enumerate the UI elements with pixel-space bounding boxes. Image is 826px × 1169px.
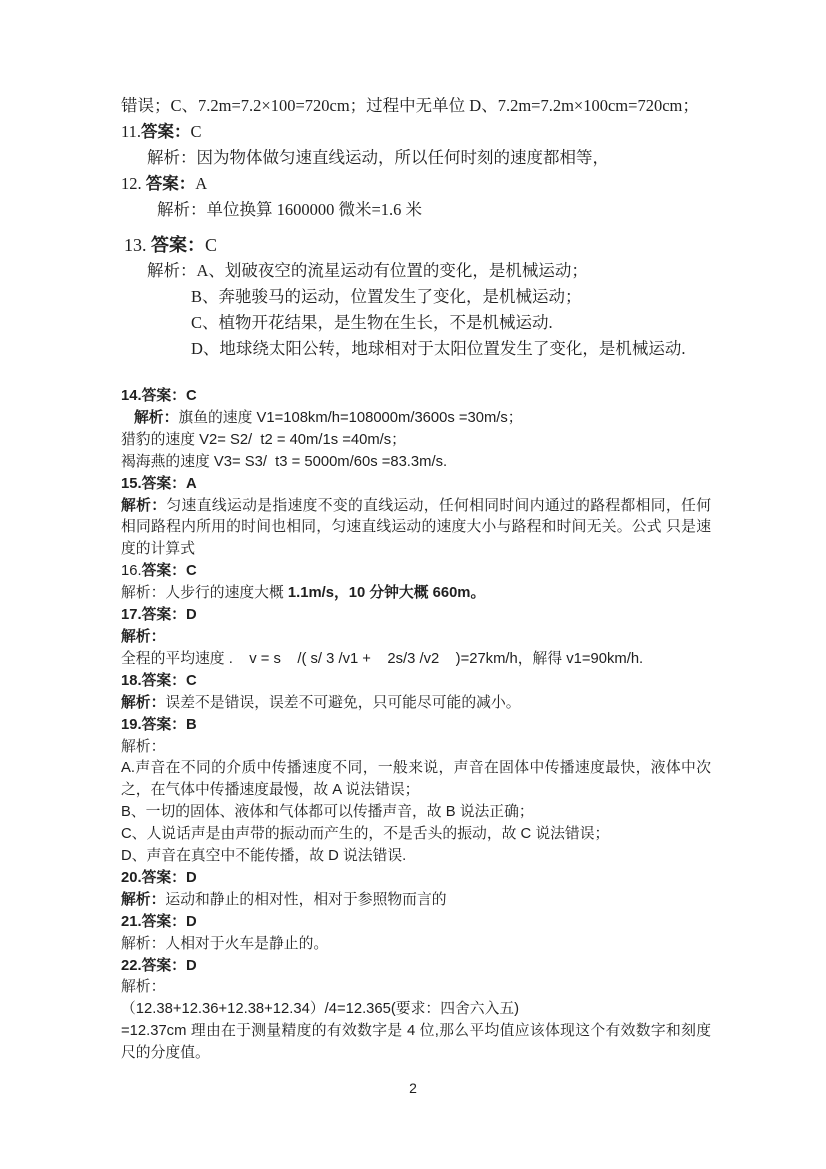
doc-line: 22.答案：D [121, 956, 711, 978]
text-run: =12.37cm 理由在于测量精度的有效数字是 4 位,那么平均值应该体现这个有… [121, 1023, 711, 1061]
doc-line: C、植物开花结果，是生物在生长，不是机械运动. [121, 310, 711, 336]
text-run: A.声音在不同的介质中传播速度不同，一般来说，声音在固体中传播速度最快，液体中次… [121, 760, 711, 798]
text-run: B、一切的固体、液体和气体都可以传播声音，故 B 说法正确； [121, 804, 534, 820]
text-run: 褐海燕的速度 V3= S3/ t3 = 5000m/60s =83.3m/s. [121, 454, 447, 470]
text-run: 解析：因为物体做匀速直线运动，所以任何时刻的速度都相等， [147, 148, 609, 167]
text-run: 解析： [121, 695, 165, 711]
text-run: 20.答案：D [121, 870, 197, 886]
doc-line: 解析：误差不是错误，误差不可避免，只可能尽可能的减小。 [121, 693, 711, 715]
answer-sheet-page: 错误；C、7.2m=7.2×100=720cm；过程中无单位 D、7.2m=7.… [0, 0, 826, 1169]
text-run: B、奔驰骏马的运动，位置发生了变化，是机械运动； [191, 287, 582, 306]
doc-line: 褐海燕的速度 V3= S3/ t3 = 5000m/60s =83.3m/s. [121, 452, 711, 474]
document-content: 错误；C、7.2m=7.2×100=720cm；过程中无单位 D、7.2m=7.… [121, 93, 711, 1065]
text-run: C [205, 235, 217, 255]
doc-line: 12. 答案：A [121, 171, 711, 197]
text-run: C [191, 122, 202, 141]
text-run: D、地球绕太阳公转，地球相对于太阳位置发生了变化，是机械运动. [191, 339, 686, 358]
doc-section-answers-14-22: 14.答案：C解析：旗鱼的速度 V1=108km/h=108000m/3600s… [121, 386, 711, 1065]
doc-line: 21.答案：D [121, 912, 711, 934]
doc-line: B、奔驰骏马的运动，位置发生了变化，是机械运动； [121, 284, 711, 310]
text-run: 误差不是错误，误差不可避免，只可能尽可能的减小。 [165, 695, 520, 711]
doc-section-answers-10-13: 错误；C、7.2m=7.2×100=720cm；过程中无单位 D、7.2m=7.… [121, 93, 711, 362]
text-run: 1.1m/s，10 分钟大概 660m。 [288, 585, 485, 601]
text-run: 11. [121, 122, 141, 141]
text-run: 解析： [121, 739, 165, 755]
doc-line: 解析：人步行的速度大概 1.1m/s，10 分钟大概 660m。 [121, 583, 711, 605]
text-run: 运动和静止的相对性，相对于参照物而言的 [165, 892, 446, 908]
doc-line: 18.答案：C [121, 671, 711, 693]
doc-line: =12.37cm 理由在于测量精度的有效数字是 4 位,那么平均值应该体现这个有… [121, 1021, 711, 1065]
doc-line: 14.答案：C [121, 386, 711, 408]
doc-line: 解析： [121, 737, 711, 759]
doc-line: 11.答案：C [121, 119, 711, 145]
text-run: D、声音在真空中不能传播，故 D 说法错误. [121, 848, 406, 864]
text-run: 猎豹的速度 V2= S2/ t2 = 40m/1s =40m/s； [121, 432, 406, 448]
doc-line: C、人说话声是由声带的振动而产生的，不是舌头的振动，故 C 说法错误； [121, 824, 711, 846]
doc-line: A.声音在不同的介质中传播速度不同，一般来说，声音在固体中传播速度最快，液体中次… [121, 758, 711, 802]
text-run: 旗鱼的速度 V1=108km/h=108000m/3600s =30m/s； [178, 410, 522, 426]
text-run: 16. [121, 563, 142, 579]
doc-line: 全程的平均速度 . v = s /( s/ 3 /v1 + 2s/3 /v2 )… [121, 649, 711, 671]
text-run: 21.答案：D [121, 914, 197, 930]
text-run: 解析：人相对于火车是静止的。 [121, 936, 328, 952]
text-run: C、人说话声是由声带的振动而产生的，不是舌头的振动，故 C 说法错误； [121, 826, 609, 842]
text-run: 解析： [121, 892, 165, 908]
text-run: 答案：C [142, 563, 197, 579]
doc-line: 解析：匀速直线运动是指速度不变的直线运动，任何相同时间内通过的路程都相同，任何相… [121, 496, 711, 562]
text-run: 22.答案：D [121, 958, 197, 974]
text-run: （12.38+12.36+12.38+12.34）/4=12.365(要求：四舍… [121, 1001, 519, 1017]
text-run: 解析：单位换算 1600000 微米=1.6 米 [157, 200, 422, 219]
text-run: 解析： [121, 629, 165, 645]
text-run: 18.答案：C [121, 673, 197, 689]
doc-line: 16.答案：C [121, 561, 711, 583]
text-run: 解析：A、划破夜空的流星运动有位置的变化，是机械运动； [147, 261, 588, 280]
doc-line: 猎豹的速度 V2= S2/ t2 = 40m/1s =40m/s； [121, 430, 711, 452]
text-run: 19.答案：B [121, 717, 197, 733]
text-run: 答案： [146, 174, 196, 193]
doc-line: 解析：单位换算 1600000 微米=1.6 米 [121, 197, 711, 223]
text-run: 解析： [121, 498, 166, 514]
doc-line: 20.答案：D [121, 868, 711, 890]
text-run: 解析：人步行的速度大概 [121, 585, 288, 601]
doc-line: （12.38+12.36+12.38+12.34）/4=12.365(要求：四舍… [121, 999, 711, 1021]
text-run: 13. [124, 235, 151, 255]
text-run: 17.答案：D [121, 607, 197, 623]
doc-line: 解析：A、划破夜空的流星运动有位置的变化，是机械运动； [121, 258, 711, 284]
doc-line: D、声音在真空中不能传播，故 D 说法错误. [121, 846, 711, 868]
doc-line: 13. 答案：C [121, 232, 711, 258]
doc-line: B、一切的固体、液体和气体都可以传播声音，故 B 说法正确； [121, 802, 711, 824]
doc-line: 17.答案：D [121, 605, 711, 627]
doc-line: 解析：人相对于火车是静止的。 [121, 934, 711, 956]
doc-line: 15.答案：A [121, 474, 711, 496]
doc-line: 错误；C、7.2m=7.2×100=720cm；过程中无单位 D、7.2m=7.… [121, 93, 711, 119]
text-run: 错误；C、7.2m=7.2×100=720cm；过程中无单位 D、7.2m=7.… [121, 96, 699, 115]
doc-line: 19.答案：B [121, 715, 711, 737]
doc-line: 解析： [121, 977, 711, 999]
text-run: A [195, 174, 207, 193]
text-run: C、植物开花结果，是生物在生长，不是机械运动. [191, 313, 553, 332]
text-run: 答案： [151, 235, 205, 255]
text-run: 解析： [121, 979, 165, 995]
doc-line: 解析： [121, 627, 711, 649]
text-run: 14.答案：C [121, 388, 197, 404]
text-run: 全程的平均速度 . v = s /( s/ 3 /v1 + 2s/3 /v2 )… [121, 651, 643, 667]
doc-line: 解析：运动和静止的相对性，相对于参照物而言的 [121, 890, 711, 912]
text-run: 解析： [134, 410, 178, 426]
text-run: 15.答案：A [121, 476, 197, 492]
text-run: 答案： [141, 122, 191, 141]
text-run: 12. [121, 174, 146, 193]
doc-line: D、地球绕太阳公转，地球相对于太阳位置发生了变化，是机械运动. [121, 336, 711, 362]
page-number: 2 [0, 1080, 826, 1096]
text-run: 匀速直线运动是指速度不变的直线运动，任何相同时间内通过的路程都相同，任何相同路程… [121, 498, 711, 558]
doc-line: 解析：旗鱼的速度 V1=108km/h=108000m/3600s =30m/s… [121, 408, 711, 430]
doc-line: 解析：因为物体做匀速直线运动，所以任何时刻的速度都相等， [121, 145, 711, 171]
